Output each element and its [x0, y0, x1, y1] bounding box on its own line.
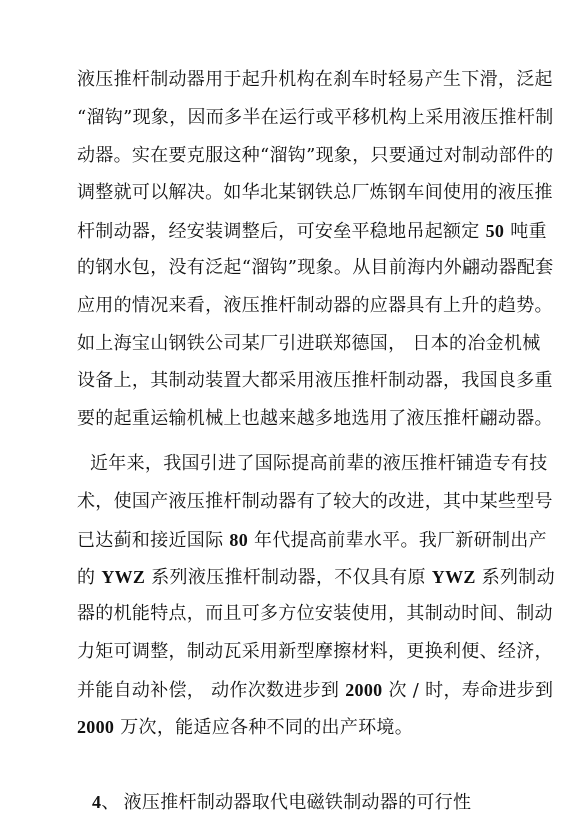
text-line: 器的机能特点，而且可多方位安装使用，其制动时间、制动 — [77, 603, 537, 625]
text-line: “溜钩”现象，因而多半在运行或平移机构上采用液压推杆制 — [77, 107, 537, 129]
text-line: 的钢水包，没有泛起“溜钩”现象。从目前海内外翩动器配套 — [77, 257, 537, 279]
text-run: 已达蓟和接近国际 — [77, 530, 229, 551]
section-number: 4 — [92, 792, 101, 812]
text-line: 杆制动器，经安装调整后，可安垒平稳地吊起额定 50 吨重 — [77, 220, 537, 242]
text-line: 液压推杆制动器用于起升机构在刹车时轻易产生下滑，泛起 — [77, 69, 537, 91]
bold-number: 2000 — [345, 680, 382, 700]
text-line: 应用的情况来看，液压推杆制动器的应器具有上升的趋势。 — [77, 295, 537, 317]
text-line: 调整就可以解决。如华北某钢铁总厂炼钢车间使用的液压推 — [77, 182, 537, 204]
bold-model: YWZ — [432, 567, 476, 587]
text-run: 万次，能适应各种不同的出产环境。 — [114, 717, 413, 738]
text-line: 力矩可调整，制动瓦采用新型摩擦材料，更换利便、经济， — [77, 641, 537, 663]
section-heading: 4、液压推杆制动器取代电磁铁制动器的可行性 — [92, 791, 537, 813]
text-line: 动器。实在要克服这种“溜钩”现象，只要通过对制动部件的 — [77, 145, 537, 167]
text-line: 并能自动补偿， 动作次数进步到 2000 次 / 时，寿命进步到 — [77, 679, 537, 701]
text-run: 的 — [77, 567, 101, 588]
text-run: 年代提高前辈水平。我厂新研制出产 — [248, 530, 547, 551]
bold-number: 2000 — [77, 717, 114, 737]
text-run: 系列液压推杆制动器，不仅具有原 — [145, 567, 432, 588]
text-line: 如上海宝山钢铁公司某厂引进联郑德国， 日本的冶金机械 — [77, 333, 537, 355]
text-line: 设备上，其制动装置大都采用液压推杆制动器，我国良多重 — [77, 370, 537, 392]
text-run: 次 / 时，寿命进步到 — [382, 680, 553, 701]
section-title: 液压推杆制动器取代电磁铁制动器的可行性 — [124, 792, 472, 813]
text-run: 杆制动器，经安装调整后，可安垒平稳地吊起额定 — [77, 221, 486, 242]
text-line: 2000 万次，能适应各种不同的出产环境。 — [77, 716, 537, 738]
text-run: 吨重 — [504, 221, 547, 242]
text-line: 要的起重运输机械上也越来越多地选用了液压推杆翩动器。 — [77, 408, 537, 430]
document-page: 液压推杆制动器用于起升机构在刹车时轻易产生下滑，泛起 “溜钩”现象，因而多半在运… — [0, 0, 583, 823]
section-separator: 、 — [101, 792, 119, 813]
text-run: 并能自动补偿， 动作次数进步到 — [77, 680, 345, 701]
text-line: 近年来，我国引进了国际提高前辈的液压推杆铺造专有技 — [90, 453, 537, 475]
bold-number: 80 — [229, 530, 248, 550]
text-line: 的 YWZ 系列液压推杆制动器，不仅具有原 YWZ 系列制动 — [77, 566, 537, 588]
text-line: 已达蓟和接近国际 80 年代提高前辈水平。我厂新研制出产 — [77, 529, 537, 551]
bold-number: 50 — [486, 221, 505, 241]
bold-model: YWZ — [101, 567, 145, 587]
text-run: 系列制动 — [476, 567, 555, 588]
text-line: 术，使国产液压推杆制动器有了较大的改进，其中某些型号 — [77, 491, 537, 513]
